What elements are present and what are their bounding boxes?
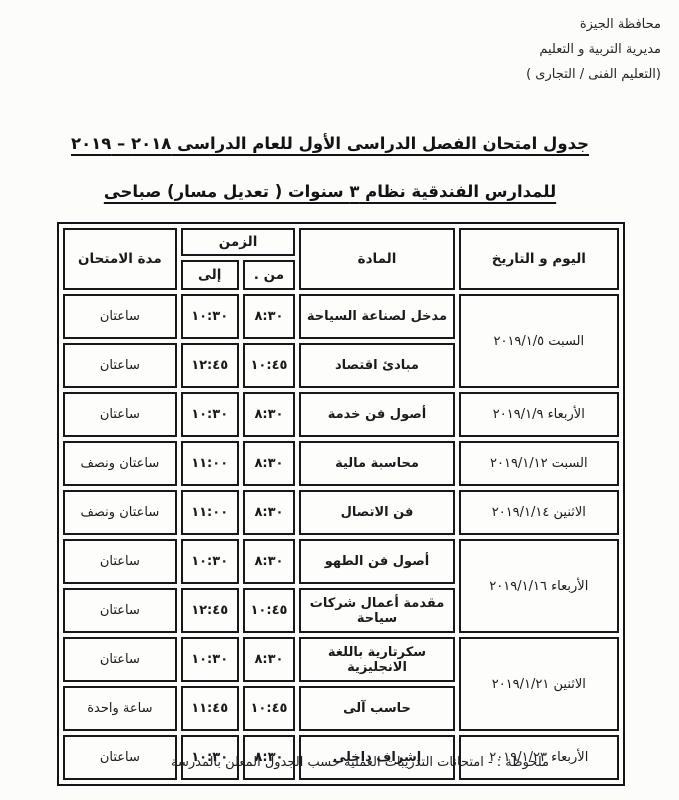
subject-cell: أصول فن الطهو [299,539,454,584]
letterhead-line-governorate: محافظة الجيزة [526,12,661,37]
document-page: محافظة الجيزة مديرية التربية و التعليم (… [0,0,679,800]
duration-cell: ساعتان [63,539,177,584]
time-from-cell: ٨:٣٠ [243,490,296,535]
duration-cell: ساعتان [63,735,177,780]
table-row: الأربعاء ٢٠١٩/١/١٦ أصول فن الطهو ٨:٣٠ ١٠… [63,539,619,584]
time-from-cell: ١٠:٤٥ [243,686,296,731]
subject-cell: مدخل لصناعة السياحة [299,294,454,339]
time-to-cell: ١٠:٣٠ [181,637,239,682]
day-date-cell: الأربعاء ٢٠١٩/١/١٦ [459,539,619,633]
exam-table: اليوم و التاريخ المادة الزمن مدة الامتحا… [57,222,625,786]
time-from-cell: ١٠:٤٥ [243,588,296,633]
letterhead-line-education-type: (التعليم الفنى / التجارى ) [526,62,661,87]
footnote: ملحوظة : - امتحانات التدريبات العملية حس… [171,755,549,770]
time-from-cell: ٨:٣٠ [243,392,296,437]
header-time: الزمن [181,228,296,256]
header-day-date: اليوم و التاريخ [459,228,619,290]
letterhead-line-directorate: مديرية التربية و التعليم [526,37,661,62]
time-from-cell: ١٠:٤٥ [243,343,296,388]
time-to-cell: ١٠:٣٠ [181,294,239,339]
time-from-cell: ٨:٣٠ [243,637,296,682]
duration-cell: ساعتان [63,294,177,339]
time-to-cell: ١١:٠٠ [181,490,239,535]
header-subject: المادة [299,228,454,290]
header-time-to: إلى [181,260,239,290]
time-to-cell: ١٠:٣٠ [181,539,239,584]
day-date-cell: السبت ٢٠١٩/١/٥ [459,294,619,388]
subject-cell: حاسب آلى [299,686,454,731]
table-row: الاثنين ٢٠١٩/١/٢١ سكرتارية باللغة الانجل… [63,637,619,682]
page-title: جدول امتحان الفصل الدراسى الأول للعام ال… [0,134,660,153]
time-to-cell: ١١:٤٥ [181,686,239,731]
page-subtitle: للمدارس الفندقية نظام ٣ سنوات ( تعديل مس… [0,182,660,201]
day-date-cell: الاثنين ٢٠١٩/١/١٤ [459,490,619,535]
exam-schedule: اليوم و التاريخ المادة الزمن مدة الامتحا… [57,222,625,786]
time-from-cell: ٨:٣٠ [243,441,296,486]
subject-cell: فن الاتصال [299,490,454,535]
subject-cell: محاسبة مالية [299,441,454,486]
duration-cell: ساعتان ونصف [63,490,177,535]
time-to-cell: ١١:٠٠ [181,441,239,486]
duration-cell: ساعة واحدة [63,686,177,731]
header-row: اليوم و التاريخ المادة الزمن مدة الامتحا… [63,228,619,256]
duration-cell: ساعتان [63,343,177,388]
subject-cell: سكرتارية باللغة الانجليزية [299,637,454,682]
time-from-cell: ٨:٣٠ [243,539,296,584]
duration-cell: ساعتان [63,392,177,437]
time-to-cell: ١٢:٤٥ [181,588,239,633]
header-duration: مدة الامتحان [63,228,177,290]
day-date-cell: السبت ٢٠١٩/١/١٢ [459,441,619,486]
header-time-from: من . [243,260,296,290]
duration-cell: ساعتان [63,637,177,682]
table-row: السبت ٢٠١٩/١/١٢ محاسبة مالية ٨:٣٠ ١١:٠٠ … [63,441,619,486]
time-to-cell: ١٠:٣٠ [181,392,239,437]
day-date-cell: الأربعاء ٢٠١٩/١/٩ [459,392,619,437]
table-row: الأربعاء ٢٠١٩/١/٩ أصول فن خدمة ٨:٣٠ ١٠:٣… [63,392,619,437]
subject-cell: مقدمة أعمال شركات سياحة [299,588,454,633]
duration-cell: ساعتان ونصف [63,441,177,486]
time-to-cell: ١٢:٤٥ [181,343,239,388]
table-row: السبت ٢٠١٩/١/٥ مدخل لصناعة السياحة ٨:٣٠ … [63,294,619,339]
subject-cell: أصول فن خدمة [299,392,454,437]
subject-cell: مبادئ اقتصاد [299,343,454,388]
letterhead: محافظة الجيزة مديرية التربية و التعليم (… [526,12,661,87]
duration-cell: ساعتان [63,588,177,633]
day-date-cell: الاثنين ٢٠١٩/١/٢١ [459,637,619,731]
table-row: الاثنين ٢٠١٩/١/١٤ فن الاتصال ٨:٣٠ ١١:٠٠ … [63,490,619,535]
time-from-cell: ٨:٣٠ [243,294,296,339]
